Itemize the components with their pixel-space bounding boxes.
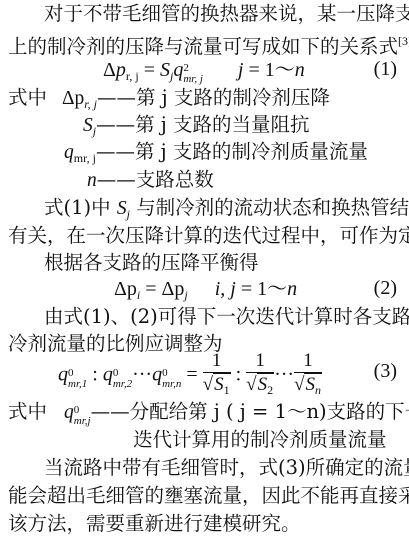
definition-item: qmr, j——第 j 支路的制冷剂质量流量 xyxy=(64,140,368,170)
paragraph-4-line-3: 该方法，需要重新进行建模研究。 xyxy=(8,512,301,536)
eq3-q: q xyxy=(152,364,162,386)
eq3-sub: mr,2 xyxy=(113,379,132,390)
sqrt-icon: √S1 xyxy=(203,373,231,402)
eq3-fraction-n: 1√Sn xyxy=(294,350,322,402)
def-symbol: Δp xyxy=(62,88,84,109)
text: 对于不带毛细管的换热器来说，某一压降支路 xyxy=(44,2,409,25)
text: 与制冷剂的流动状态和换热管结构 xyxy=(130,196,409,219)
def2-sub: mr,j xyxy=(74,416,91,427)
eq1-q-sub: mr, j xyxy=(183,74,203,85)
def-symbol: q xyxy=(64,142,74,163)
paragraph-4-line-2: 能会超出毛细管的壅塞流量，因此不能再直接采用 xyxy=(8,484,409,508)
def-desc: ——第 j 支路的当量阻抗 xyxy=(96,113,309,136)
eq3-dots: ··· xyxy=(274,364,294,386)
eq2-range-text: = 1～ xyxy=(236,278,287,300)
eq3-sup: 0 xyxy=(162,368,181,379)
definitions-2-lead: 式中 xyxy=(8,400,47,424)
definition-item: Δpr, j——第 j 支路的制冷剂压降 xyxy=(62,86,330,116)
def-desc: ——支路总数 xyxy=(97,168,214,191)
eq3-sub: mr,n xyxy=(162,379,181,390)
eq2-rhs-sub: j xyxy=(184,288,187,302)
eq3-q1-scripts: 0mr,1 xyxy=(68,368,87,390)
frac-num: 1 xyxy=(246,350,274,373)
eq3-fraction-1: 1√S1 xyxy=(203,350,231,402)
den-S: S xyxy=(258,374,268,395)
eq3-fraction-2: 1√S2 xyxy=(246,350,274,402)
def2-symbol: q xyxy=(64,402,74,423)
citation: [3] xyxy=(398,34,409,48)
eq3-q2-scripts: 0mr,2 xyxy=(113,368,132,390)
sqrt-icon: √Sn xyxy=(294,373,322,402)
def-symbol: n xyxy=(87,170,97,191)
frac-den: √S2 xyxy=(246,373,274,402)
def2-desc-1: ——分配给第 j ( j = 1～n)支路的下一次 xyxy=(91,400,409,423)
equation-2-number: (2) xyxy=(374,277,397,300)
equation-3-number: (3) xyxy=(374,360,397,383)
equation-1: Δpr, j = Sjq2mr, j j = 1～n xyxy=(103,58,305,88)
den-S: S xyxy=(305,374,315,395)
eq3-sup: 0 xyxy=(113,368,132,379)
frac-num: 1 xyxy=(294,350,322,373)
def-desc: ——第 j 支路的制冷剂质量流量 xyxy=(96,140,368,163)
eq3-equals: = xyxy=(181,364,202,386)
symbol-S: S xyxy=(117,198,127,219)
definitions-1-lead: 式中 xyxy=(8,86,47,110)
den-sub: n xyxy=(315,383,321,397)
def2-scripts: 0mr,j xyxy=(74,405,91,427)
eq1-lhs-var: p xyxy=(116,59,126,81)
paragraph-2-line-1: 式(1)中 Sj 与制冷剂的流动状态和换热管结构 xyxy=(44,196,409,226)
paragraph-2-line-2: 有关，在一次压降计算的迭代过程中，可作为定值。 xyxy=(8,224,409,248)
eq3-colon: : xyxy=(231,364,247,386)
eq3-qn-scripts: 0mr,n xyxy=(162,368,181,390)
text: 式(1)中 xyxy=(44,196,117,219)
def-symbol: S xyxy=(83,115,93,136)
text: 上的制冷剂的压降与流量可写成如下的关系式 xyxy=(8,35,398,58)
eq3-dots: ··· xyxy=(132,364,152,386)
eq1-lhs-sub: r, j xyxy=(126,69,139,83)
eq2-range: i, j xyxy=(215,278,236,300)
frac-den: √Sn xyxy=(294,373,322,402)
paragraph-1-line-2: 上的制冷剂的压降与流量可写成如下的关系式[3] xyxy=(8,29,409,59)
eq1-range-n: n xyxy=(295,59,305,81)
paragraph-4-line-1: 当流路中带有毛细管时，式(3)所确定的流量可 xyxy=(44,456,409,480)
eq3-q: q xyxy=(58,364,68,386)
equation-2: Δpi = Δpj i, j = 1～n xyxy=(114,277,297,307)
eq2-rhs: = Δp xyxy=(140,278,184,300)
eq1-q: q xyxy=(173,59,183,81)
delta-symbol: Δ xyxy=(103,59,116,81)
eq3-sup: 0 xyxy=(68,368,87,379)
paragraph-2-line-3: 根据各支路的压降平衡得 xyxy=(44,251,259,275)
definition-item-q0-cont: 迭代计算用的制冷剂质量流量 xyxy=(133,428,387,452)
def-desc: ——第 j 支路的制冷剂压降 xyxy=(97,86,330,109)
def-symbol-sub: r, j xyxy=(84,97,97,111)
eq2-lhs: Δp xyxy=(114,278,137,300)
equation-1-number: (1) xyxy=(374,58,397,81)
definition-item: n——支路总数 xyxy=(87,168,214,193)
equation-3: q0mr,1 : q0mr,2···q0mr,n = 1√S1 : 1√S2··… xyxy=(58,350,322,402)
eq1-q-scripts: 2mr, j xyxy=(183,63,203,85)
eq1-S: S xyxy=(160,59,170,81)
den-sub: 2 xyxy=(267,383,273,397)
sqrt-icon: √S2 xyxy=(246,373,274,402)
def-symbol-sub: mr, j xyxy=(74,151,96,165)
eq3-q: q xyxy=(103,364,113,386)
eq3-colon: : xyxy=(87,364,103,386)
paragraph-1-line-1: 对于不带毛细管的换热器来说，某一压降支路 xyxy=(44,2,409,26)
frac-num: 1 xyxy=(203,350,231,373)
den-sub: 1 xyxy=(224,383,230,397)
equals: = xyxy=(139,59,160,81)
paragraph-3-line-1: 由式(1)、(2)可得下一次迭代计算时各支路中制 xyxy=(44,305,409,329)
definition-item-q0: q0mr,j——分配给第 j ( j = 1～n)支路的下一次 xyxy=(64,400,409,427)
eq2-range-n: n xyxy=(287,278,297,300)
eq3-sub: mr,1 xyxy=(68,379,87,390)
den-S: S xyxy=(214,374,224,395)
frac-den: √S1 xyxy=(203,373,231,402)
eq1-range-text: = 1～ xyxy=(243,59,294,81)
definition-item: Sj——第 j 支路的当量阻抗 xyxy=(83,113,310,143)
